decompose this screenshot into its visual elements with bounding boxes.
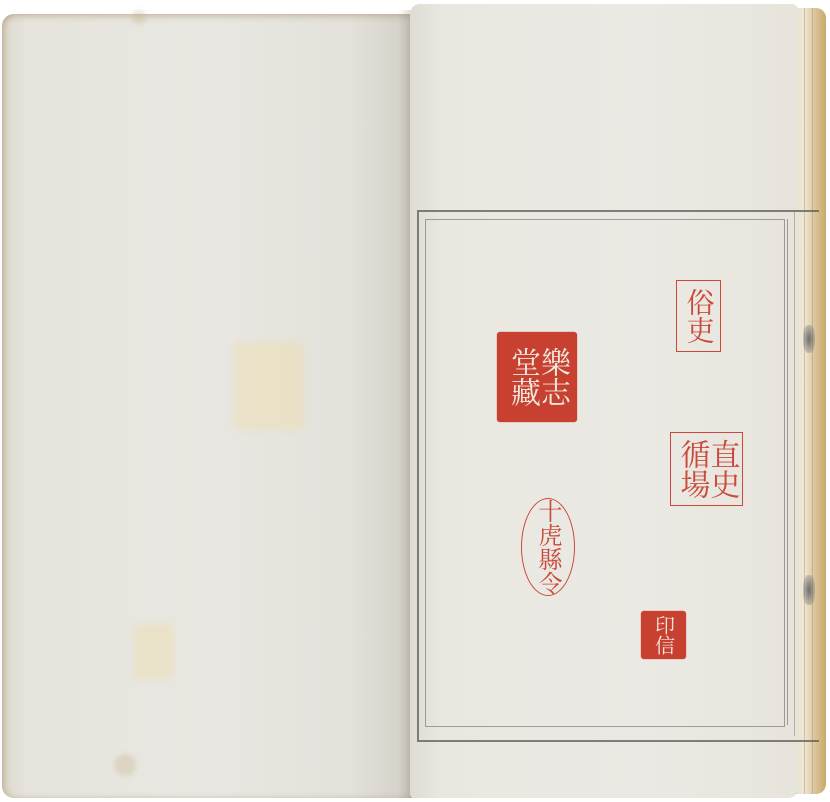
ink-smudge — [803, 325, 815, 353]
paper-stain — [234, 342, 304, 430]
seal-glyph: 志 — [537, 377, 567, 407]
foxing-spot — [114, 754, 136, 776]
seal-glyph: 信 — [654, 635, 674, 655]
seal-glyph: 俗 — [685, 288, 713, 316]
paper-stain — [134, 624, 174, 679]
book-photo: 樂 志 堂 藏 俗 吏 直 史 循 場 十 虎 縣 令 印 信 — [0, 0, 830, 802]
seal-square-red-text: 直 史 循 場 — [670, 432, 743, 506]
seal-rectangle-red-text: 俗 吏 — [676, 280, 721, 352]
seal-glyph: 堂 — [507, 347, 537, 377]
foxing-spot — [132, 10, 146, 24]
frame-column-line — [787, 219, 788, 725]
ink-smudge — [803, 575, 815, 605]
seal-glyph: 史 — [707, 469, 737, 499]
seal-square-white-text: 樂 志 堂 藏 — [497, 332, 577, 422]
seal-glyph: 藏 — [507, 377, 537, 407]
seal-glyph: 十 — [536, 499, 560, 523]
seal-glyph: 場 — [677, 469, 707, 499]
seal-glyph: 令 — [536, 571, 560, 595]
seal-oval-red-text: 十 虎 縣 令 — [521, 498, 575, 596]
seal-glyph: 循 — [677, 439, 707, 469]
left-page — [2, 14, 412, 798]
seal-glyph: 縣 — [536, 547, 560, 571]
frame-column-line — [794, 212, 795, 736]
seal-glyph: 虎 — [536, 523, 560, 547]
seal-small-white-text: 印 信 — [641, 611, 686, 659]
seal-glyph: 吏 — [685, 316, 713, 344]
seal-glyph: 印 — [654, 615, 674, 635]
seal-glyph: 樂 — [537, 347, 567, 377]
seal-glyph: 直 — [707, 439, 737, 469]
